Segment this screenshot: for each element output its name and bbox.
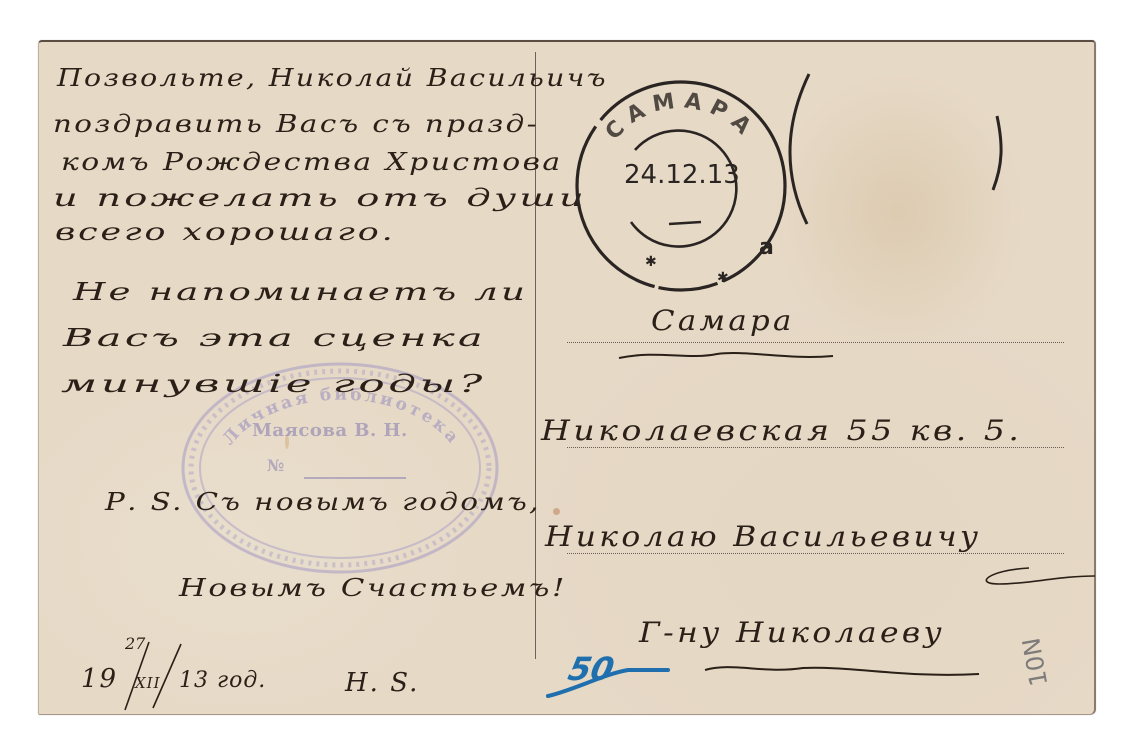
address-line-1 <box>567 342 1064 343</box>
message-postscript-2: Новымъ Счастьемъ! <box>179 574 567 602</box>
blue-pencil-stroke <box>544 664 674 704</box>
stamp-cancel-arcs <box>779 64 1019 264</box>
library-stamp-number-label: № <box>267 456 284 475</box>
message-date-year: 13 год. <box>179 668 266 693</box>
foxing-spot <box>553 508 560 515</box>
message-postscript: Р. S. Съ новымъ годомъ, <box>105 488 541 516</box>
message-line-2: поздравить Васъ съ празд- <box>53 110 539 138</box>
postmark-suffix: а <box>759 235 774 260</box>
name-flourish <box>969 562 1099 592</box>
postmark: САМАРА ✱ ✱ а 24.12.13 <box>569 74 793 298</box>
message-date-month: XII <box>135 674 161 692</box>
address-recipient-name: Николаю Васильевичу <box>545 520 981 553</box>
postmark-city: САМАРА <box>601 88 761 145</box>
message-line-4: и пожелать отъ души <box>53 184 587 212</box>
address-line-2 <box>567 447 1064 448</box>
address-street: Николаевская 55 кв. 5. <box>541 414 1022 447</box>
message-line-3: комъ Рождества Христова <box>61 148 563 176</box>
address-city: Самара <box>651 304 795 337</box>
message-date-day: 19 <box>81 664 118 694</box>
postmark-star-icon: ✱ <box>645 254 657 270</box>
message-line-8: минувшiе годы? <box>61 370 486 398</box>
postmark-star-icon: ✱ <box>717 270 729 286</box>
recipient-underline <box>703 660 983 684</box>
city-underline <box>617 346 837 366</box>
message-line-5: всего хорошаго. <box>55 218 396 246</box>
postmark-date: 24.12.13 <box>624 160 740 190</box>
postcard: Личная библиотека Маясова В. Н. № Позвол… <box>38 40 1096 715</box>
message-line-6: Не напоминаетъ ли <box>73 278 528 306</box>
message-line-7: Васъ эта сценка <box>63 324 486 352</box>
graphite-annotation: 10N <box>1017 636 1053 689</box>
address-line-3 <box>567 553 1064 554</box>
message-line-1: Позвольте, Николай Васильичъ <box>57 64 608 92</box>
library-stamp-number-line <box>304 477 406 479</box>
address-divider-line <box>535 52 536 659</box>
signature: Н. S. <box>345 668 419 698</box>
library-stamp-owner: Маясова В. Н. <box>252 420 408 441</box>
svg-text:САМАРА: САМАРА <box>601 88 761 145</box>
address-recipient-title: Г-ну Николаеву <box>639 616 945 649</box>
